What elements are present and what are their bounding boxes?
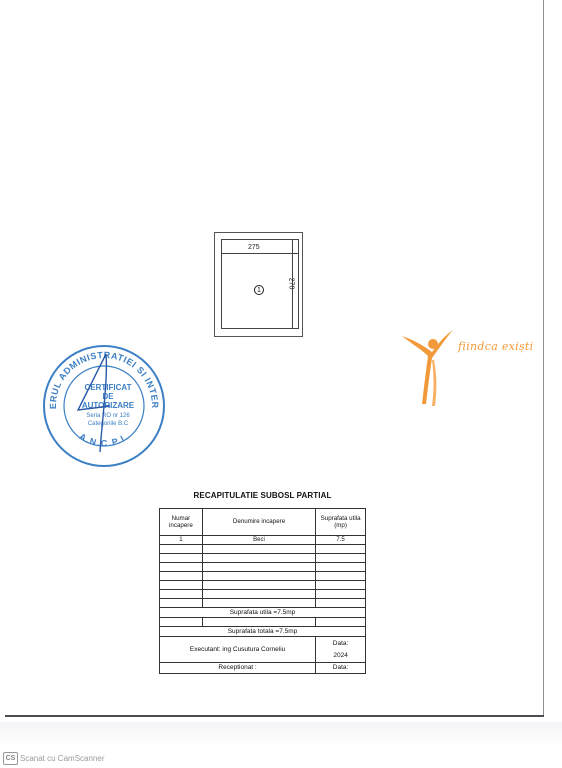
- dimension-height-label: 270: [287, 278, 294, 290]
- cell-numar: [160, 554, 203, 563]
- recap-table: Numar incapere Denumire incapere Suprafa…: [159, 508, 366, 674]
- cell-numar: [160, 590, 203, 599]
- cell-suprafata: [316, 590, 366, 599]
- receptionat-cell: Receptionat :: [160, 663, 316, 674]
- cell-denumire: [202, 563, 315, 572]
- header-numar: Numar incapere: [160, 509, 203, 536]
- cell-denumire: [202, 581, 315, 590]
- cell-numar: [160, 545, 203, 554]
- cell-suprafata: [316, 599, 366, 608]
- cell-numar: [160, 563, 203, 572]
- executant-row: Executant: ing Cusutura CorneliuData:202…: [160, 637, 366, 663]
- cell-suprafata: [316, 545, 366, 554]
- cell-denumire: [202, 618, 315, 627]
- cell-suprafata: [316, 618, 366, 627]
- authorization-stamp: MINISTERUL ADMINISTRATIEI SI INTERNELOR …: [38, 340, 170, 472]
- data-cell-2: Data:: [316, 663, 366, 674]
- svg-text:Categoriile B.C: Categoriile B.C: [88, 421, 129, 427]
- cell-suprafata: [316, 554, 366, 563]
- organization-logo: [398, 326, 458, 408]
- table-row: [160, 563, 366, 572]
- table-row: [160, 618, 366, 627]
- table-header-row: Numar incapere Denumire incapere Suprafa…: [160, 509, 366, 536]
- cell-numar: [160, 572, 203, 581]
- cell-denumire: Beci: [202, 536, 315, 545]
- table-row: [160, 545, 366, 554]
- suprafata-totala-row: Suprafata totala =7.5mp: [160, 627, 366, 637]
- cell-suprafata: [316, 581, 366, 590]
- cell-suprafata: [316, 572, 366, 581]
- cell-denumire: [202, 590, 315, 599]
- executant-cell: Executant: ing Cusutura Corneliu: [160, 637, 316, 663]
- table-row: [160, 581, 366, 590]
- person-figure-icon: [398, 326, 458, 408]
- suprafata-utila-cell: Suprafata utila =7.5mp: [160, 608, 366, 618]
- table-row: [160, 572, 366, 581]
- header-suprafata: Suprafata utila (mp): [316, 509, 366, 536]
- data-cell: Data:2024: [316, 637, 366, 663]
- cell-denumire: [202, 554, 315, 563]
- dimension-line-horizontal: [222, 253, 298, 254]
- scan-shadow: [0, 722, 562, 746]
- svg-text:A.N.C.P.I.: A.N.C.P.I.: [77, 431, 130, 448]
- room-number-marker: 1: [254, 285, 264, 295]
- page-border-bottom: [5, 715, 544, 717]
- suprafata-utila-row: Suprafata utila =7.5mp: [160, 608, 366, 618]
- table-row: 1Beci7.5: [160, 536, 366, 545]
- camscanner-logo-icon: CS: [3, 752, 18, 765]
- svg-text:Seria RO nr 126: Seria RO nr 126: [86, 413, 130, 419]
- table-row: [160, 590, 366, 599]
- cell-denumire: [202, 545, 315, 554]
- svg-text:MINISTERUL ADMINISTRATIEI SI I: MINISTERUL ADMINISTRATIEI SI INTERNELOR: [38, 340, 160, 409]
- dimension-width-label: 275: [248, 244, 260, 251]
- data-value: 2024: [316, 652, 365, 659]
- table-row: [160, 599, 366, 608]
- stamp-icon: MINISTERUL ADMINISTRATIEI SI INTERNELOR …: [38, 340, 170, 472]
- cell-suprafata: [316, 563, 366, 572]
- receptionat-row: Receptionat :Data:: [160, 663, 366, 674]
- cell-numar: [160, 581, 203, 590]
- cell-numar: [160, 599, 203, 608]
- cell-denumire: [202, 572, 315, 581]
- table-row: [160, 554, 366, 563]
- logo-slogan: fiindca exiști: [458, 340, 533, 353]
- table-title: RECAPITULATIE SUBOSL PARTIAL: [159, 491, 366, 500]
- data-label: Data:: [316, 640, 365, 647]
- header-denumire: Denumire incapere: [202, 509, 315, 536]
- scanner-watermark: Scanat cu CamScanner: [20, 754, 105, 763]
- cell-suprafata: 7.5: [316, 536, 366, 545]
- suprafata-totala-cell: Suprafata totala =7.5mp: [160, 627, 366, 637]
- cell-denumire: [202, 599, 315, 608]
- page-border-right: [543, 0, 544, 716]
- cell-numar: 1: [160, 536, 203, 545]
- cell-numar: [160, 618, 203, 627]
